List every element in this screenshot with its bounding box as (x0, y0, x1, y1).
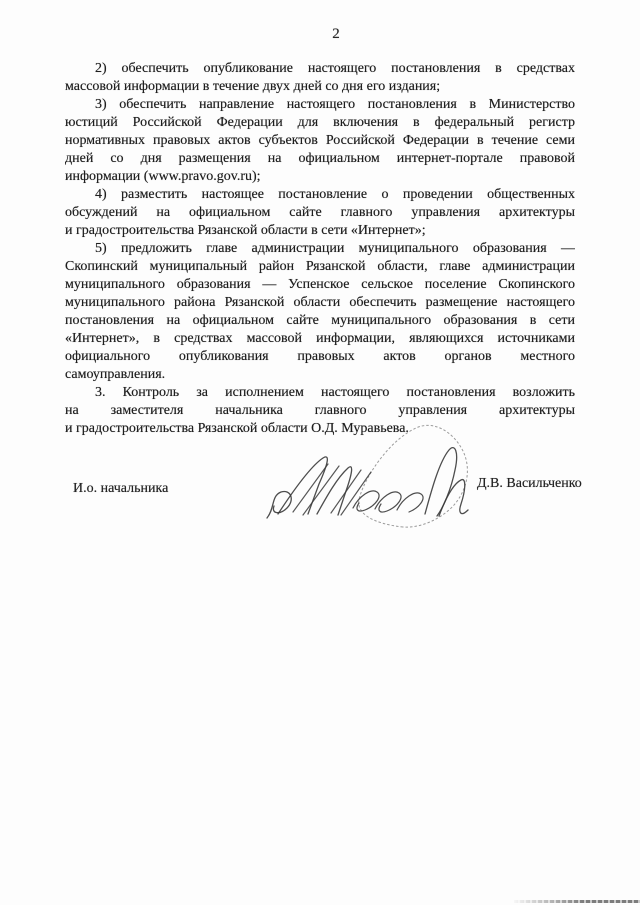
document-page: 2 2) обеспечить опубликование настоящего… (0, 0, 640, 905)
text-line: Скопинский муниципальный район Рязанской… (65, 258, 575, 276)
text-line: официального опубликования правовых акто… (65, 348, 575, 366)
text-line: 2) обеспечить опубликование настоящего п… (65, 60, 575, 78)
text-line: дней со дня размещения на официальном ин… (65, 150, 575, 168)
document-body: 2) обеспечить опубликование настоящего п… (65, 60, 575, 438)
text-line: муниципального образования — Успенское с… (65, 276, 575, 294)
text-line: и градостроительства Рязанской области в… (65, 222, 575, 240)
text-line: на заместителя начальника главного управ… (65, 402, 575, 420)
text-line: массовой информации в течение двух дней … (65, 78, 575, 96)
text-line: и градостроительства Рязанской области О… (65, 420, 575, 438)
text-line: 3) обеспечить направление настоящего пос… (65, 96, 575, 114)
text-line: муниципального района Рязанской области … (65, 294, 575, 312)
text-line: самоуправления. (65, 366, 575, 384)
signer-position-label: И.о. начальника (73, 481, 168, 497)
text-line: информации (www.pravo.gov.ru); (65, 168, 575, 186)
scan-edge-artifact (514, 900, 640, 903)
text-line: обсуждений на официальном сайте главного… (65, 204, 575, 222)
signer-name: Д.В. Васильченко (477, 476, 582, 492)
text-line: нормативных правовых актов субъектов Рос… (65, 132, 575, 150)
page-number: 2 (0, 26, 640, 43)
text-line: 4) разместить настоящее постановление о … (65, 186, 575, 204)
text-line: 5) предложить главе администрации муници… (65, 240, 575, 258)
text-line: юстиций Российской Федерации для включен… (65, 114, 575, 132)
text-line: постановления на официальном сайте муниц… (65, 312, 575, 330)
text-line: 3. Контроль за исполнением настоящего по… (65, 384, 575, 402)
text-line: «Интернет», в средствах массовой информа… (65, 330, 575, 348)
